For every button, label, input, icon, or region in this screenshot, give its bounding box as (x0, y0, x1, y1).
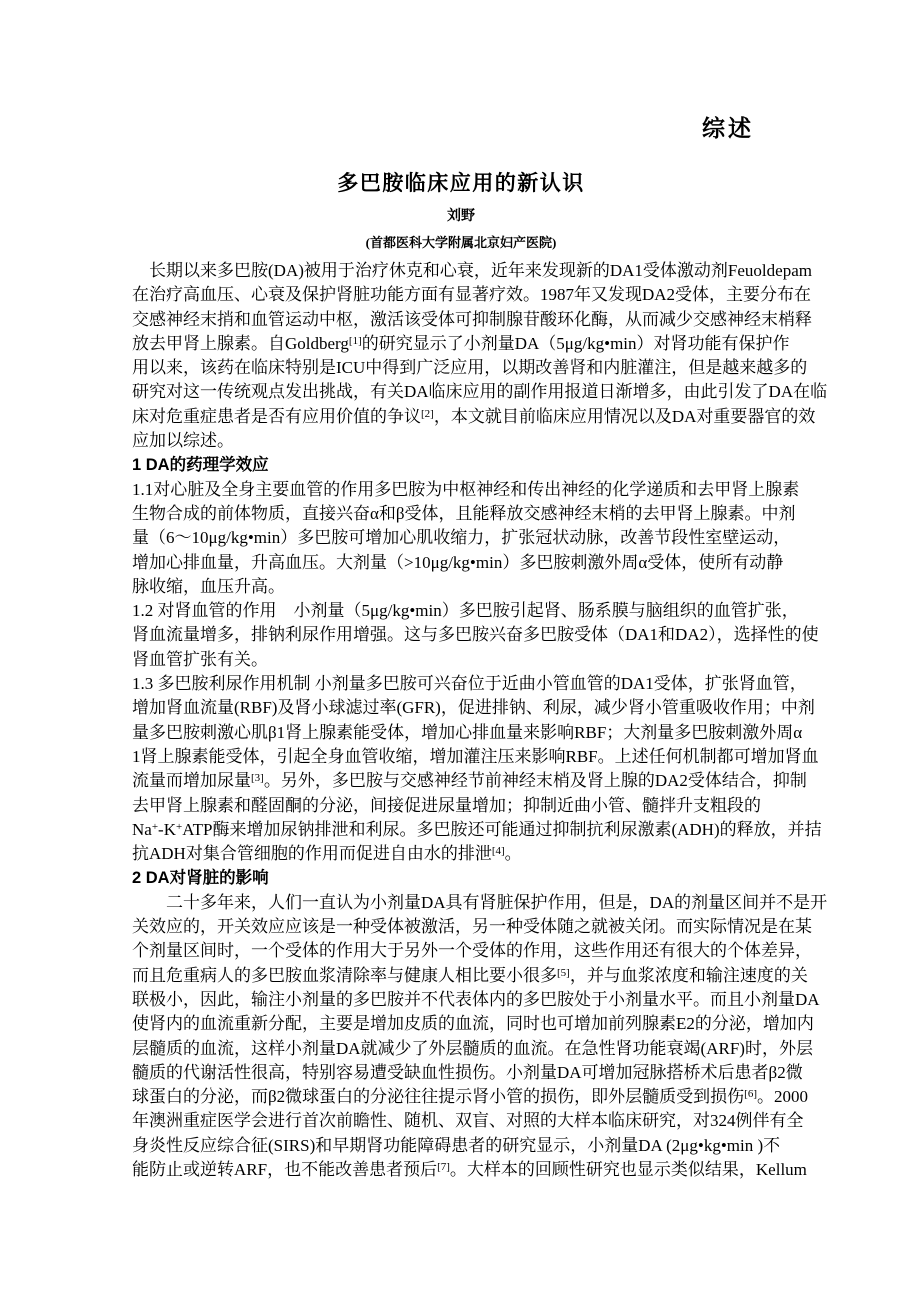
text-line: 1.3 多巴胺利尿作用机制 小剂量多巴胺可兴奋位于近曲小管血管的DA1受体，扩张… (132, 672, 800, 696)
text-line: 床对危重症患者是否有应用价值的争议[2]，本文就目前临床应用情况以及DA对重要器… (132, 405, 800, 429)
text-line: 去甲肾上腺素和醛固酮的分泌，间接促进尿量增加；抑制近曲小管、髓拌升支粗段的 (132, 794, 800, 818)
text-line: 量多巴胺刺激心肌β1肾上腺素能受体，增加心排血量来影响RBF；大剂量多巴胺刺激外… (132, 721, 800, 745)
text-line: 增加心排血量，升高血压。大剂量（>10μg/kg•min）多巴胺刺激外周α受体，… (132, 551, 800, 575)
doc-type-label: 综述 (132, 115, 790, 143)
text-line: 身炎性反应综合征(SIRS)和早期肾功能障碍患者的研究显示，小剂量DA (2μg… (132, 1134, 800, 1158)
text-line: 层髓质的血流，这样小剂量DA就减少了外层髓质的血流。在急性肾功能衰竭(ARF)时… (132, 1037, 800, 1061)
author-affiliation: (首都医科大学附属北京妇产医院) (132, 234, 790, 252)
text-line: 个剂量区间时，一个受体的作用大于另外一个受体的作用，这些作用还有很大的个体差异， (132, 939, 800, 963)
paragraph: 1.3 多巴胺利尿作用机制 小剂量多巴胺可兴奋位于近曲小管血管的DA1受体，扩张… (132, 672, 800, 866)
document-page: 综述 多巴胺临床应用的新认识 刘野 (首都医科大学附属北京妇产医院) 长期以来多… (0, 0, 920, 1302)
section-heading: 2 DA对肾脏的影响 (132, 866, 800, 890)
text-line: 肾血流量增多，排钠利尿作用增强。这与多巴胺兴奋多巴胺受体（DA1和DA2），选择… (132, 623, 800, 647)
text-line: 量（6～10μg/kg•min）多巴胺可增加心肌收缩力，扩张冠状动脉，改善节段性… (132, 526, 800, 550)
text-line: 增加肾血流量(RBF)及肾小球滤过率(GFR)，促进排钠、利尿，减少肾小管重吸收… (132, 696, 800, 720)
text-line: 1肾上腺素能受体，引起全身血管收缩，增加灌注压来影响RBF。上述任何机制都可增加… (132, 745, 800, 769)
section-heading: 1 DA的药理学效应 (132, 453, 800, 477)
text-line: 而且危重病人的多巴胺血浆清除率与健康人相比要小很多[5]，并与血浆浓度和输注速度… (132, 964, 800, 988)
text-line: 髓质的代谢活性很高，特别容易遭受缺血性损伤。小剂量DA可增加冠脉搭桥术后患者β2… (132, 1061, 800, 1085)
text-line: 应加以综述。 (132, 429, 800, 453)
text-line: 流量而增加尿量[3]。另外，多巴胺与交感神经节前神经末梢及肾上腺的DA2受体结合… (132, 769, 800, 793)
text-line: 年澳洲重症医学会进行首次前瞻性、随机、双盲、对照的大样本临床研究，对324例伴有… (132, 1109, 800, 1133)
page-title: 多巴胺临床应用的新认识 (132, 168, 790, 198)
text-line: 1.2 对肾血管的作用 小剂量（5μg/kg•min）多巴胺引起肾、肠系膜与脑组… (132, 599, 800, 623)
paragraph: 1.1对心脏及全身主要血管的作用多巴胺为中枢神经和传出神经的化学递质和去甲肾上腺… (132, 478, 800, 599)
document-body: 长期以来多巴胺(DA)被用于治疗休克和心衰，近年来发现新的DA1受体激动剂Feu… (132, 259, 800, 1182)
text-line: 研究对这一传统观点发出挑战，有关DA临床应用的副作用报道日渐增多，由此引发了DA… (132, 380, 800, 404)
text-line: 联极小，因此，输注小剂量的多巴胺并不代表体内的多巴胺处于小剂量水平。而且小剂量D… (132, 988, 800, 1012)
text-line: 交感神经末捎和血管运动中枢，激活该受体可抑制腺苷酸环化酶，从而减少交感神经末梢释 (132, 308, 800, 332)
text-line: 抗ADH对集合管细胞的作用而促进自由水的排泄[4]。 (132, 842, 800, 866)
text-line: 用以来，该药在临床特别是ICU中得到广泛应用，以期改善肾和内脏灌注，但是越来越多… (132, 356, 800, 380)
text-line: 1.1对心脏及全身主要血管的作用多巴胺为中枢神经和传出神经的化学递质和去甲肾上腺… (132, 478, 800, 502)
text-line: 能防止或逆转ARF，也不能改善患者预后[7]。大样本的回顾性研究也显示类似结果，… (132, 1158, 800, 1182)
text-line: 脉收缩，血压升高。 (132, 575, 800, 599)
text-line: 球蛋白的分泌，而β2微球蛋白的分泌往往提示肾小管的损伤，即外层髓质受到损伤[6]… (132, 1085, 800, 1109)
text-line: 关效应的，开关效应应该是一种受体被激活，另一种受体随之就被关闭。而实际情况是在某 (132, 915, 800, 939)
text-line: 肾血管扩张有关。 (132, 648, 800, 672)
text-line: 使肾内的血流重新分配，主要是增加皮质的血流，同时也可增加前列腺素E2的分泌，增加… (132, 1012, 800, 1036)
text-line: 放去甲肾上腺素。自Goldberg[1]的研究显示了小剂量DA（5μg/kg•m… (132, 332, 800, 356)
text-line: Na+-K+ATP酶来增加尿钠排泄和利尿。多巴胺还可能通过抑制抗利尿激素(ADH… (132, 818, 800, 842)
paragraph: 长期以来多巴胺(DA)被用于治疗休克和心衰，近年来发现新的DA1受体激动剂Feu… (132, 259, 800, 453)
text-line: 生物合成的前体物质，直接兴奋α和β受体，且能释放交感神经末梢的去甲肾上腺素。中剂 (132, 502, 800, 526)
paragraph: 二十多年来，人们一直认为小剂量DA具有肾脏保护作用，但是，DA的剂量区间并不是开… (132, 891, 800, 1183)
text-line: 长期以来多巴胺(DA)被用于治疗休克和心衰，近年来发现新的DA1受体激动剂Feu… (132, 259, 800, 283)
text-line: 在治疗高血压、心衰及保护肾脏功能方面有显著疗效。1987年又发现DA2受体，主要… (132, 283, 800, 307)
text-line: 二十多年来，人们一直认为小剂量DA具有肾脏保护作用，但是，DA的剂量区间并不是开 (132, 891, 800, 915)
author-name: 刘野 (132, 208, 790, 226)
paragraph: 1.2 对肾血管的作用 小剂量（5μg/kg•min）多巴胺引起肾、肠系膜与脑组… (132, 599, 800, 672)
